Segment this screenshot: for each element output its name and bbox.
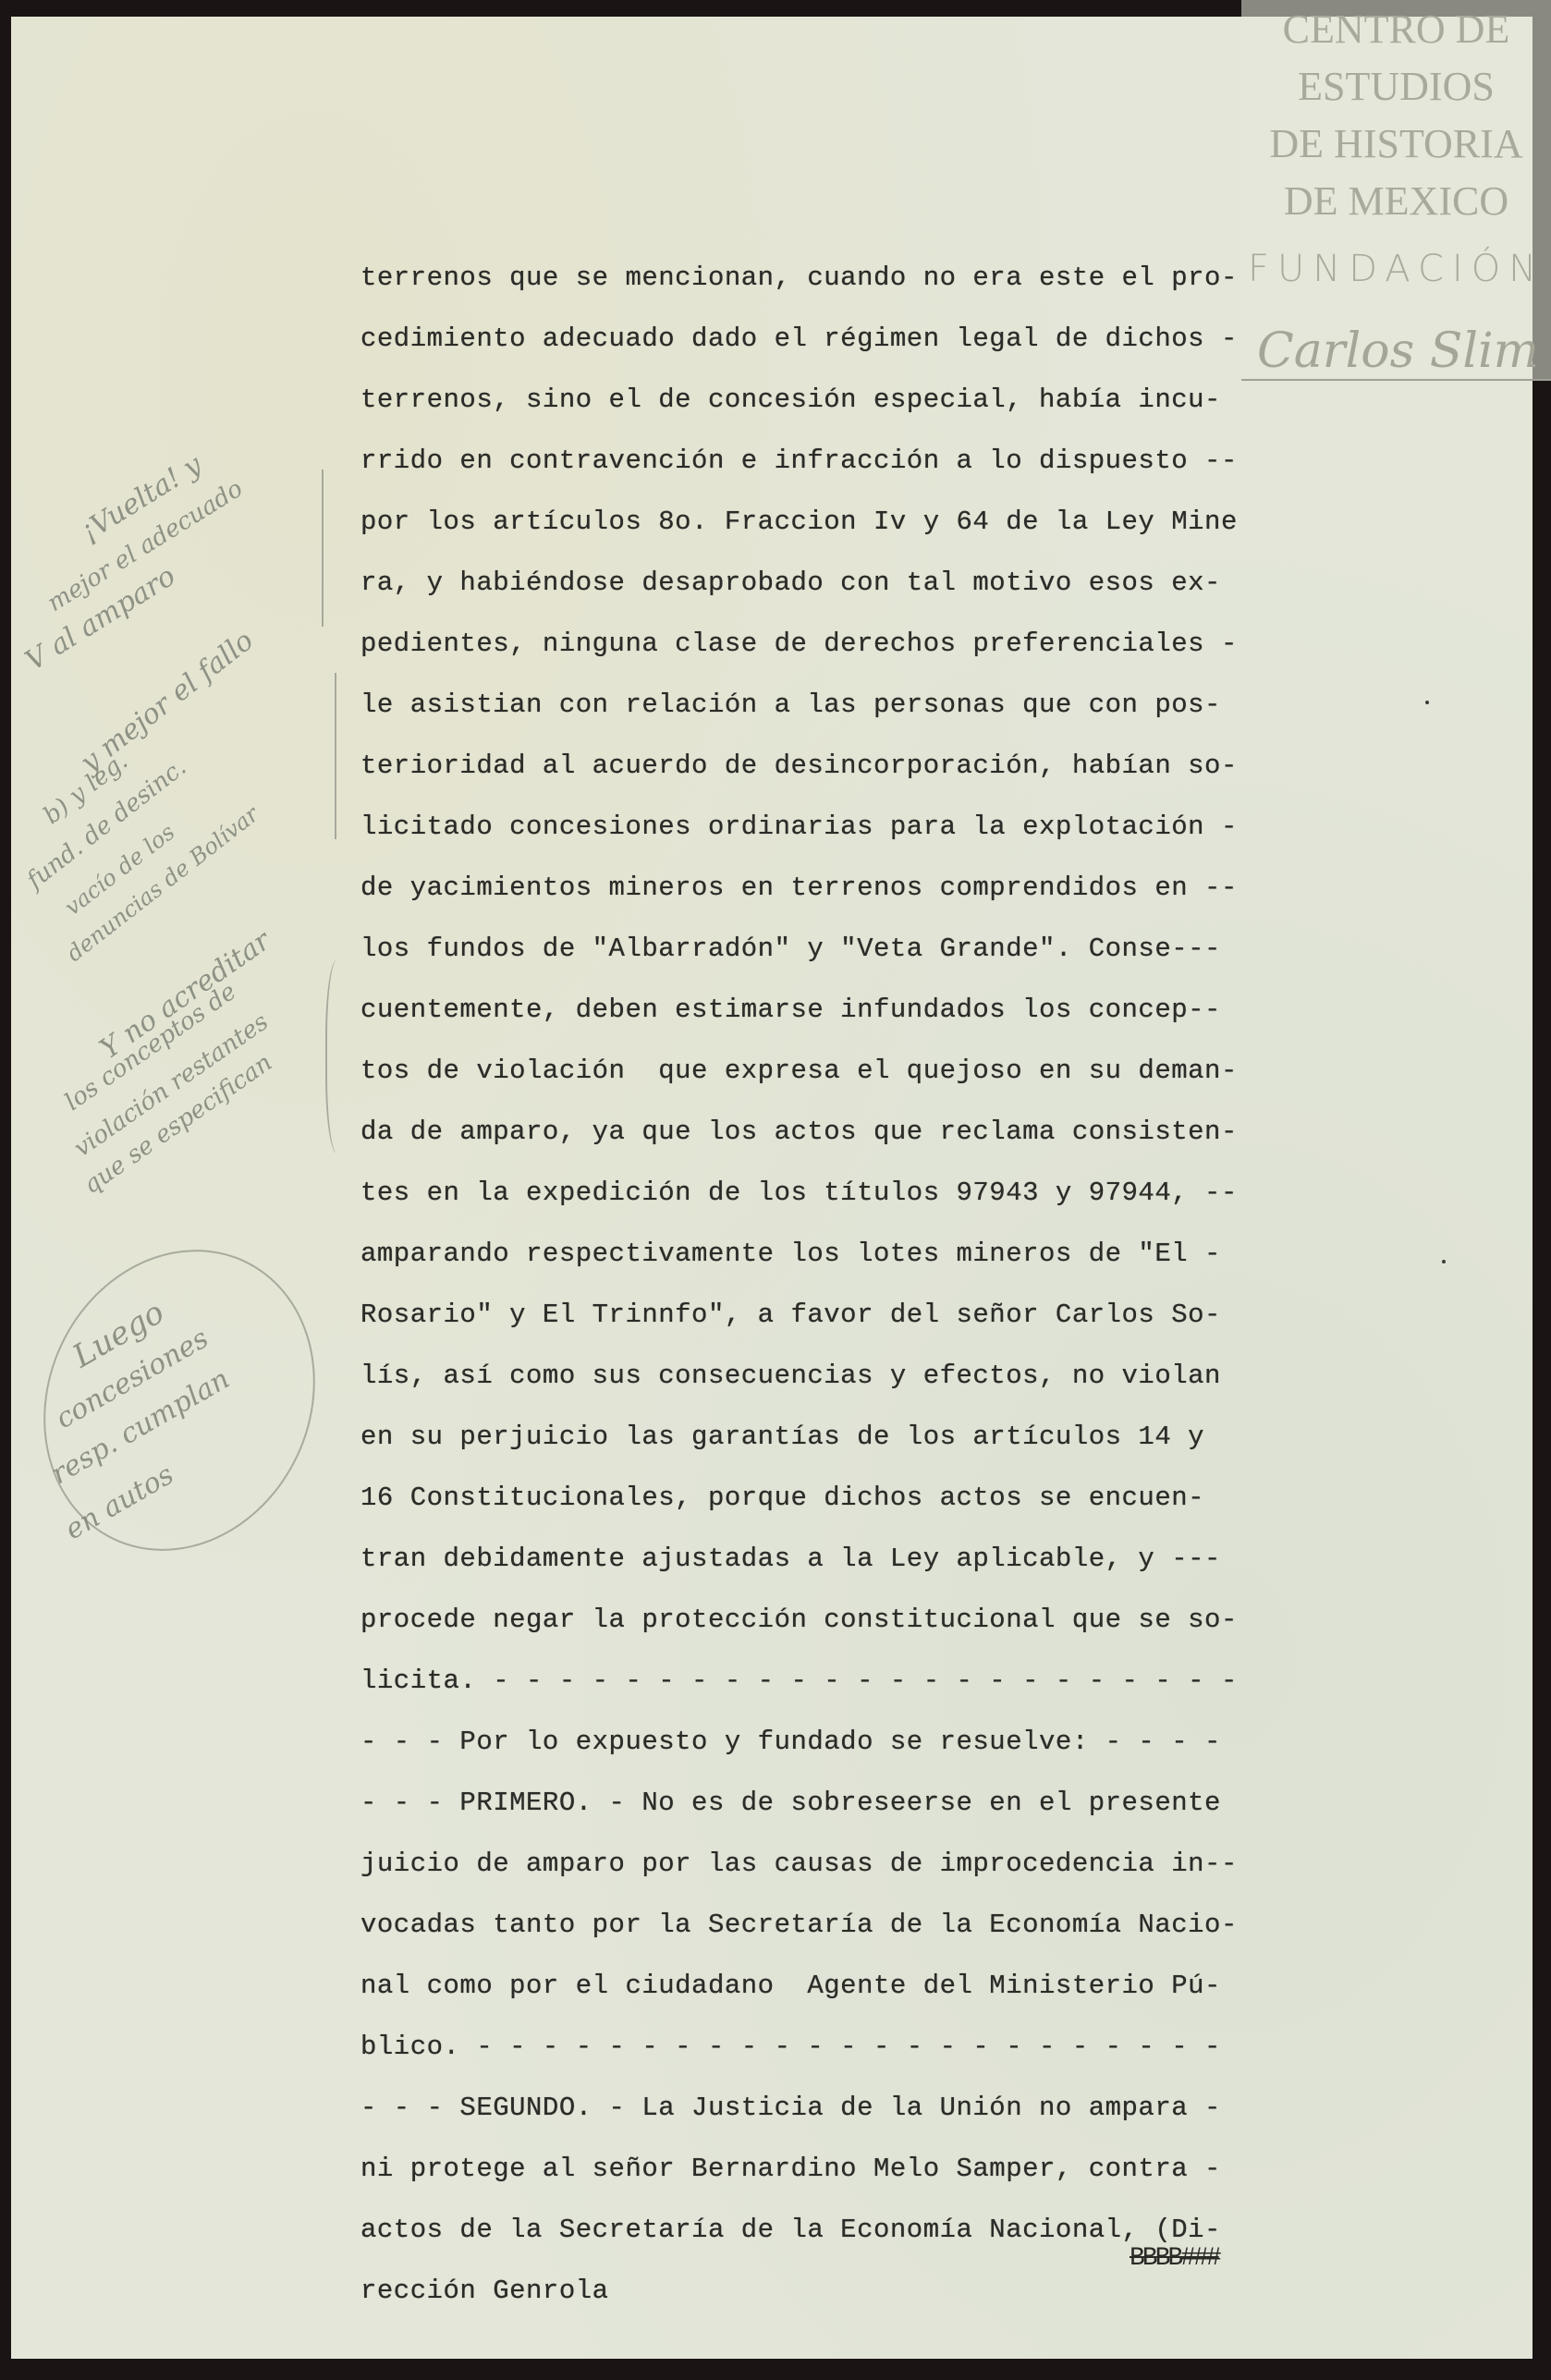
text-line: amparando respectivamente los lotes mine…	[360, 1224, 1340, 1285]
text-line: licitado concesiones ordinarias para la …	[360, 797, 1340, 858]
text-line: ra, y habiéndose desaprobado con tal mot…	[360, 553, 1340, 614]
watermark-line: DE MEXICO	[1241, 177, 1551, 225]
text-line: terioridad al acuerdo de desincorporació…	[360, 736, 1340, 797]
watermark-foundation: FUNDACIÓN	[1248, 248, 1545, 290]
text-line: 16 Constitucionales, porque dichos actos…	[360, 1468, 1340, 1529]
text-line: tos de violación que expresa el quejoso …	[360, 1041, 1340, 1102]
resolution-heading: - - - Por lo expuesto y fundado se resue…	[360, 1712, 1340, 1773]
text-line: terrenos, sino el de concesión especial,…	[360, 370, 1340, 431]
text-line: tes en la expedición de los títulos 9794…	[360, 1163, 1340, 1224]
struck-out-text: BBBB###	[1130, 2244, 1219, 2273]
text-line: nal como por el ciudadano Agente del Min…	[360, 1956, 1340, 2017]
paper-speck	[1425, 701, 1429, 704]
text-line: cuentemente, deben estimarse infundados …	[360, 980, 1340, 1041]
text-line: en su perjuicio las garantías de los art…	[360, 1407, 1340, 1468]
margin-rule	[335, 673, 336, 839]
text-line: terrenos que se mencionan, cuando no era…	[360, 248, 1340, 309]
text-line: rrido en contravención e infracción a lo…	[360, 431, 1340, 492]
watermark-line: DE HISTORIA	[1241, 120, 1551, 167]
text-line: tran debidamente ajustadas a la Ley apli…	[360, 1529, 1340, 1590]
watermark-line: CENTRO DE	[1241, 6, 1551, 53]
resolution-segundo: - - - SEGUNDO. - La Justicia de la Unión…	[360, 2078, 1340, 2139]
text-line: licita. - - - - - - - - - - - - - - - - …	[360, 1651, 1340, 1712]
text-line: Rosario" y El Trinnfo", a favor del seño…	[360, 1285, 1340, 1346]
paper-speck	[1442, 1260, 1446, 1263]
margin-note: y mejor el fallo	[74, 625, 259, 779]
typed-body: terrenos que se mencionan, cuando no era…	[360, 248, 1340, 2322]
text-line: los fundos de "Albarradón" y "Veta Grand…	[360, 919, 1340, 980]
text-line: por los artículos 8o. Fraccion Iv y 64 d…	[360, 492, 1340, 553]
text-line: da de amparo, ya que los actos que recla…	[360, 1102, 1340, 1163]
text-line: vocadas tanto por la Secretaría de la Ec…	[360, 1895, 1340, 1956]
resolution-primero: - - - PRIMERO. - No es de sobreseerse en…	[360, 1773, 1340, 1834]
watermark-line: ESTUDIOS	[1241, 63, 1551, 110]
text-line: cedimiento adecuado dado el régimen lega…	[360, 309, 1340, 370]
pencil-brace	[325, 959, 355, 1153]
text-line: lís, así como sus consecuencias y efecto…	[360, 1346, 1340, 1407]
watermark-signature-logo: Carlos Slim	[1257, 323, 1539, 379]
text-line: ni protege al señor Bernardino Melo Samp…	[360, 2139, 1340, 2200]
text-line: de yacimientos mineros en terrenos compr…	[360, 858, 1340, 919]
text-line: pedientes, ninguna clase de derechos pre…	[360, 614, 1340, 675]
text-line: juicio de amparo por las causas de impro…	[360, 1834, 1340, 1895]
margin-rule	[322, 470, 324, 627]
text-line: procede negar la protección constitucion…	[360, 1590, 1340, 1651]
text-line: blico. - - - - - - - - - - - - - - - - -…	[360, 2017, 1340, 2078]
text-line: le asistian con relación a las personas …	[360, 675, 1340, 736]
